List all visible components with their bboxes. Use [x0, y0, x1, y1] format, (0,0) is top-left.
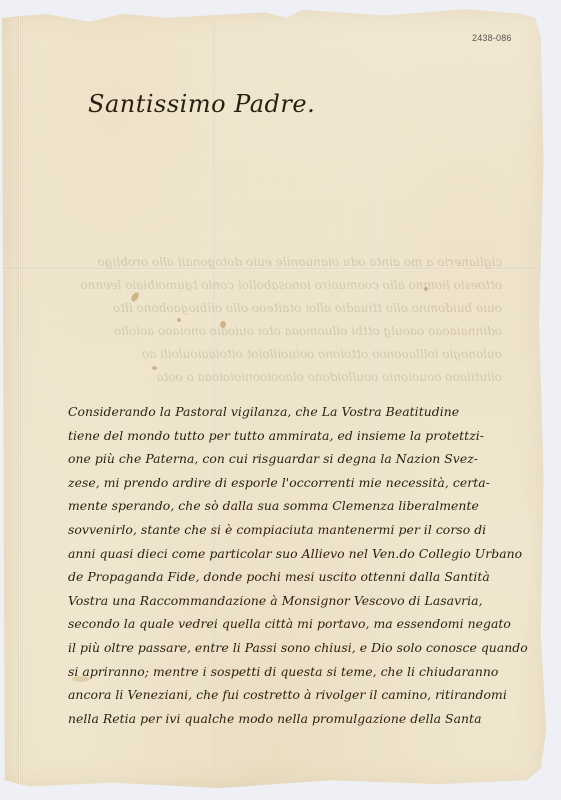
body-line: de Propaganda Fide, donde pochi mesi usc…	[68, 565, 538, 589]
bleed-line: ottoesio iiomno alio coomuoiro ionosabol…	[42, 274, 502, 297]
manuscript-page: 2438-086 Santissimo Padre. ciglianerio a…	[2, 6, 549, 792]
body-line: zese, mi prendo ardire di esporle l'occo…	[68, 471, 538, 495]
fold-crease-left	[18, 6, 21, 792]
bleed-line: ouio buidomno ollo ttiuadio alloi otaite…	[42, 297, 502, 320]
bleed-line: odinnaiaoao oaoulg ottbi oiluomoaa otoi …	[42, 320, 502, 343]
body-line: si apriranno; mentre i sospetti di quest…	[68, 660, 538, 684]
document-scan: 2438-086 Santissimo Padre. ciglianerio a…	[0, 0, 561, 800]
body-line: nella Retia per ivi qualche modo nella p…	[68, 707, 538, 731]
archive-reference-number: 2438-086	[472, 33, 512, 43]
bleed-line: oiiutiiaoo oouoionio ooulloidono olaooio…	[42, 366, 502, 389]
body-line: anni quasi dieci come particolar suo All…	[68, 542, 538, 566]
body-line: ancora li Veneziani, che fui costretto à…	[68, 683, 538, 707]
letter-body: Considerando la Pastoral vigilanza, che …	[68, 400, 538, 730]
letter-salutation: Santissimo Padre.	[88, 90, 315, 118]
body-line: one più che Paterna, con cui risguardar …	[68, 447, 538, 471]
bleed-line: ciglianerio a mo ainta odu oianuonile eu…	[42, 251, 502, 274]
bleed-line: oulonogio iolllaoonoo ottoiono ooiuoiilo…	[42, 343, 502, 366]
body-line: tiene del mondo tutto per tutto ammirata…	[68, 424, 538, 448]
body-line: sovvenirlo, stante che si è compiaciuta …	[68, 518, 538, 542]
body-line: mente sperando, che sò dalla sua somma C…	[68, 494, 538, 518]
body-line: secondo la quale vedrei quella città mi …	[68, 612, 538, 636]
body-line: il più oltre passare, entre li Passi son…	[68, 636, 538, 660]
bleed-through-text: ciglianerio a mo ainta odu oianuonile eu…	[42, 251, 502, 389]
body-line: Considerando la Pastoral vigilanza, che …	[68, 400, 538, 424]
body-line: Vostra una Raccommandazione à Monsignor …	[68, 589, 538, 613]
